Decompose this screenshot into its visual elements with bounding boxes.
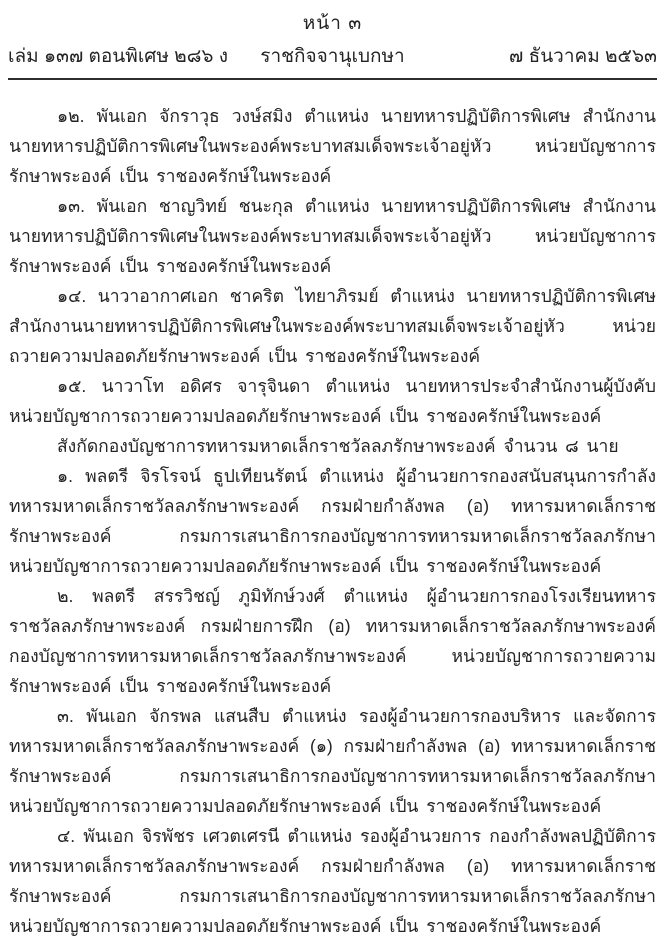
appointment-entry: ๑๒. พันเอก จักราวุธ วงษ์สมิง ตำแหน่ง นาย… bbox=[9, 101, 656, 191]
publication-date: ๗ ธันวาคม ๒๕๖๓ bbox=[509, 41, 657, 71]
text-line: ๒. พลตรี สรรวิชญ์ ภูมิทักษ์วงศ์ ตำแหน่ง … bbox=[9, 581, 656, 611]
text-line: รักษาพระองค์ เป็น ราชองครักษ์ในพระองค์ bbox=[9, 251, 656, 281]
text-line: ถวายความปลอดภัยรักษาพระองค์ เป็น ราชองคร… bbox=[9, 341, 656, 371]
text-line: รักษาพระองค์ กรมการเสนาธิการกองบัญชาการท… bbox=[9, 521, 656, 551]
text-line: ๑. พลตรี จิรโรจน์ ธูปเทียนรัตน์ ตำแหน่ง … bbox=[9, 461, 656, 491]
text-line: ทหารมหาดเล็กราชวัลลภรักษาพระองค์ กรมฝ่าย… bbox=[9, 851, 656, 881]
text-line: ๔. พันเอก จิรพัชร เศวตเศรนี ตำแหน่ง รองผ… bbox=[9, 821, 656, 851]
gazette-title: ราชกิจจานุเบกษา bbox=[260, 41, 404, 71]
page-header: หน้า ๓ เล่ม ๑๓๗ ตอนพิเศษ ๒๘๖ ง ราชกิจจาน… bbox=[0, 0, 665, 80]
text-line: ทหารมหาดเล็กราชวัลลภรักษาพระองค์ กรมฝ่าย… bbox=[9, 491, 656, 521]
document-body: ๑๒. พันเอก จักราวุธ วงษ์สมิง ตำแหน่ง นาย… bbox=[0, 80, 665, 937]
page-number-label: หน้า ๓ bbox=[8, 8, 657, 38]
text-line: รักษาพระองค์ เป็น ราชองครักษ์ในพระองค์ bbox=[9, 161, 656, 191]
text-line: รักษาพระองค์ กรมการเสนาธิการกองบัญชาการท… bbox=[9, 881, 656, 911]
text-line: ราชวัลลภรักษาพระองค์ กรมฝ่ายการฝึก (อ) ท… bbox=[9, 611, 656, 641]
text-line: ทหารมหาดเล็กราชวัลลภรักษาพระองค์ (๑) กรม… bbox=[9, 731, 656, 761]
text-line: ๓. พันเอก จักรพล แสนสืบ ตำแหน่ง รองผู้อำ… bbox=[9, 701, 656, 731]
text-line: กองบัญชาการทหารมหาดเล็กราชวัลลภรักษาพระอ… bbox=[9, 641, 656, 671]
gazette-page: หน้า ๓ เล่ม ๑๓๗ ตอนพิเศษ ๒๘๖ ง ราชกิจจาน… bbox=[0, 0, 665, 937]
text-line: สำนักงานนายทหารปฏิบัติการพิเศษในพระองค์พ… bbox=[9, 311, 656, 341]
text-line: นายทหารปฏิบัติการพิเศษในพระองค์พระบาทสมเ… bbox=[9, 131, 656, 161]
text-line: หน่วยบัญชาการถวายความปลอดภัยรักษาพระองค์… bbox=[9, 401, 656, 431]
appointment-entry: ๔. พันเอก จิรพัชร เศวตเศรนี ตำแหน่ง รองผ… bbox=[9, 821, 656, 937]
text-line: รักษาพระองค์ กรมการเสนาธิการกองบัญชาการท… bbox=[9, 761, 656, 791]
appointment-entry: ๒. พลตรี สรรวิชญ์ ภูมิทักษ์วงศ์ ตำแหน่ง … bbox=[9, 581, 656, 701]
volume-info: เล่ม ๑๓๗ ตอนพิเศษ ๒๘๖ ง bbox=[8, 41, 228, 71]
text-line: ๑๕. นาวาโท อดิศร จารุจินดา ตำแหน่ง นายทห… bbox=[9, 371, 656, 401]
appointment-entry: ๓. พันเอก จักรพล แสนสืบ ตำแหน่ง รองผู้อำ… bbox=[9, 701, 656, 821]
appointment-entry: ๑๓. พันเอก ชาญวิทย์ ชนะกุล ตำแหน่ง นายทห… bbox=[9, 191, 656, 281]
text-line: หน่วยบัญชาการถวายความปลอดภัยรักษาพระองค์… bbox=[9, 911, 656, 937]
text-line: นายทหารปฏิบัติการพิเศษในพระองค์พระบาทสมเ… bbox=[9, 221, 656, 251]
text-line: หน่วยบัญชาการถวายความปลอดภัยรักษาพระองค์… bbox=[9, 551, 656, 581]
section-subheading: สังกัดกองบัญชาการทหารมหาดเล็กราชวัลลภรัก… bbox=[9, 431, 656, 461]
text-line: สังกัดกองบัญชาการทหารมหาดเล็กราชวัลลภรัก… bbox=[9, 431, 656, 461]
text-line: ๑๒. พันเอก จักราวุธ วงษ์สมิง ตำแหน่ง นาย… bbox=[9, 101, 656, 131]
text-line: ๑๓. พันเอก ชาญวิทย์ ชนะกุล ตำแหน่ง นายทห… bbox=[9, 191, 656, 221]
appointment-entry: ๑. พลตรี จิรโรจน์ ธูปเทียนรัตน์ ตำแหน่ง … bbox=[9, 461, 656, 581]
appointment-entry: ๑๕. นาวาโท อดิศร จารุจินดา ตำแหน่ง นายทห… bbox=[9, 371, 656, 431]
text-line: ๑๔. นาวาอากาศเอก ชาคริต ไทยาภิรมย์ ตำแหน… bbox=[9, 281, 656, 311]
text-line: หน่วยบัญชาการถวายความปลอดภัยรักษาพระองค์… bbox=[9, 791, 656, 821]
text-line: รักษาพระองค์ เป็น ราชองครักษ์ในพระองค์ bbox=[9, 671, 656, 701]
appointment-entry: ๑๔. นาวาอากาศเอก ชาคริต ไทยาภิรมย์ ตำแหน… bbox=[9, 281, 656, 371]
header-row: เล่ม ๑๓๗ ตอนพิเศษ ๒๘๖ ง ราชกิจจานุเบกษา … bbox=[8, 41, 657, 71]
